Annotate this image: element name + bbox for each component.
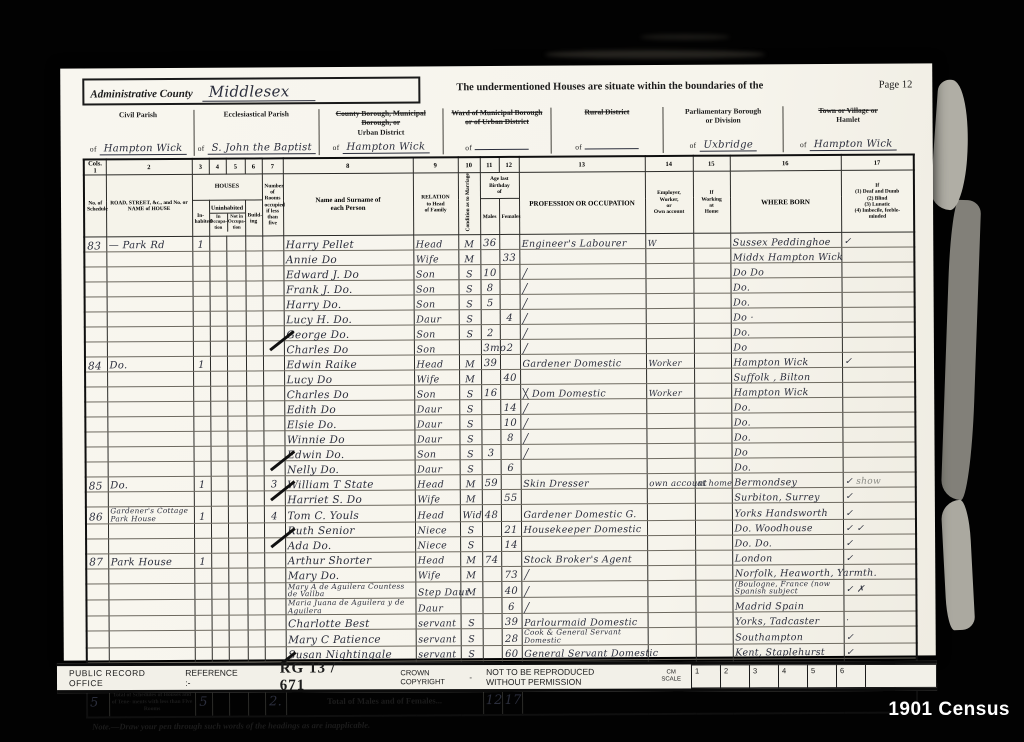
cell-working-at-home — [694, 323, 731, 338]
cell-employer — [647, 489, 695, 504]
district-label-part: Hamlet — [836, 115, 860, 124]
cell-infirmity — [841, 247, 914, 262]
district-label-part: Ecclesiastical Parish — [224, 109, 289, 118]
cell-condition: M — [460, 475, 482, 490]
cell-employer — [646, 369, 694, 384]
col-header-uninhabited: Uninhabited In Occupa-tion Not in Occupa… — [209, 200, 245, 236]
district-value-text: S. John the Baptist — [208, 142, 316, 155]
cell-employer: Worker — [646, 354, 694, 369]
cell-infirmity: ✓ — [843, 502, 916, 519]
cell-where-born: Hampton Wick — [731, 383, 842, 399]
cell-occupation: ╱ — [519, 279, 645, 295]
cell-road-name — [107, 312, 193, 328]
col-header-infirmity: If (1) Deaf and Dumb (2) Blind (3) Lunat… — [841, 170, 914, 233]
cell-infirmity: ✓ — [842, 352, 915, 367]
cm-scale-mark: 4 — [778, 664, 807, 688]
cell-inhabited — [193, 327, 210, 342]
col-header-schedule: No. of Schedule — [84, 175, 106, 238]
cell-rooms — [263, 416, 284, 431]
cell-working-at-home — [694, 368, 731, 383]
cell-schedule-no: 85 — [86, 477, 108, 492]
cell-age-male — [483, 645, 502, 660]
cell-road-name: Do. — [107, 357, 193, 373]
cell-person-name: Ada Do. — [285, 537, 415, 553]
cell-person-name: William T State — [285, 475, 415, 491]
cell-age-male — [482, 581, 501, 597]
column-number: 14 — [645, 156, 693, 172]
cell-condition: S — [459, 310, 481, 325]
cell-age-male — [481, 430, 500, 445]
col-header-females: Females — [499, 199, 519, 235]
district-value-text — [475, 149, 529, 150]
cell-occupation: ╱ — [521, 444, 647, 460]
cell-building — [247, 476, 264, 491]
cell-employer — [646, 339, 694, 354]
cell-schedule-no: 83 — [84, 237, 106, 252]
cell-age-male: 36 — [480, 235, 499, 250]
cell-rooms — [263, 386, 284, 401]
cell-occupation: ╱ — [520, 339, 646, 355]
cell-age-male — [481, 370, 500, 385]
column-number: 10 — [458, 157, 480, 173]
cm-scale-label: CM SCALE — [661, 670, 681, 683]
cell-building — [246, 341, 263, 356]
district-label-part: Ward of Municipal Borough — [451, 108, 542, 118]
cell-schedule-no — [85, 432, 107, 447]
cell-infirmity — [842, 367, 915, 382]
col-header-in-occupation: In Occupa-tion — [210, 214, 228, 232]
district-label: County Borough, MunicipalBorough, orUrba… — [322, 108, 440, 137]
cell-where-born: Kent, Staplehurst — [733, 643, 844, 659]
cell-building — [246, 371, 263, 386]
cell-schedule-no — [86, 492, 108, 507]
cell-inhabited — [195, 616, 212, 631]
cm-scale-mark: 5 — [807, 664, 836, 688]
cell-rooms — [263, 296, 284, 311]
cell-occupation: ╱ — [521, 597, 647, 614]
district-headers: Civil ParishofHampton WickEcclesiastical… — [82, 105, 912, 156]
cell-uninhabited-occ — [210, 357, 227, 372]
cell-working-at-home — [694, 293, 731, 308]
cell-uninhabited-occ — [211, 477, 228, 492]
cell-employer — [645, 264, 693, 279]
cell-where-born: Yorks Handsworth — [732, 503, 843, 520]
cell-uninhabited-notocc — [227, 281, 246, 296]
cell-road-name — [108, 523, 194, 539]
cell-inhabited — [193, 402, 210, 417]
column-number: 5 — [226, 159, 245, 175]
pencil-note: show — [853, 477, 881, 487]
cell-age-female: 55 — [501, 490, 521, 505]
cell-uninhabited-notocc — [228, 583, 247, 599]
cell-person-name: Nelly Do. — [285, 460, 415, 476]
cell-working-at-home — [695, 488, 732, 503]
cell-where-born: Do — [731, 338, 842, 354]
cell-building — [247, 491, 264, 506]
cell-uninhabited-notocc — [228, 523, 247, 538]
scan-smudge — [545, 50, 765, 59]
cell-age-female: 2 — [500, 340, 520, 355]
cell-inhabited: 1 — [194, 507, 211, 523]
cell-inhabited — [193, 342, 210, 357]
cell-infirmity: ✓ — [843, 534, 916, 549]
cell-occupation — [521, 489, 647, 505]
cm-scale-mark: 3 — [749, 664, 778, 688]
cell-condition: M — [460, 581, 482, 597]
cell-schedule-no — [85, 342, 107, 357]
cell-building — [248, 647, 265, 662]
cell-age-female: 6 — [501, 460, 521, 475]
cell-employer — [647, 565, 695, 580]
column-number: Cols. 1 — [84, 159, 106, 175]
cell-age-female — [499, 235, 519, 250]
cell-person-name: Mary C Patience — [286, 629, 416, 646]
cell-age-female: 39 — [502, 614, 522, 629]
district-value: ofHampton Wick — [322, 141, 440, 155]
cell-uninhabited-notocc — [227, 341, 246, 356]
cell-inhabited — [194, 523, 211, 538]
cell-condition: S — [461, 629, 483, 645]
col-header-road: ROAD, STREET, &c., and No. or NAME of HO… — [106, 174, 192, 237]
cell-building — [247, 599, 264, 615]
cell-occupation — [521, 459, 647, 475]
cell-occupation: Cook & General Servant Domestic — [522, 628, 648, 645]
cell-uninhabited-notocc — [227, 401, 246, 416]
reference-value: RG 13 / 671 — [280, 660, 343, 694]
cell-schedule-no: 84 — [85, 357, 107, 372]
cell-inhabited — [195, 631, 212, 647]
cell-age-male: 3mo — [481, 340, 500, 355]
cell-schedule-no — [86, 462, 108, 477]
cell-inhabited — [195, 647, 212, 662]
cell-infirmity: ✓ — [844, 626, 917, 643]
cell-infirmity: ✓ ✓ — [843, 519, 916, 534]
cell-rooms — [263, 371, 284, 386]
cell-person-name: George Do. — [284, 325, 414, 341]
form-note: Note.—Draw your pen through such words o… — [92, 716, 916, 731]
cell-schedule-no — [84, 267, 106, 282]
cell-occupation: ╱ — [521, 565, 647, 581]
cell-employer — [648, 628, 696, 645]
cell-age-female — [501, 445, 521, 460]
cell-relation: Step Daur — [415, 581, 460, 598]
col-header-not-in-occupation: Not in Occupa-tion — [228, 214, 245, 232]
column-number: 8 — [283, 158, 413, 174]
cell-age-male — [483, 629, 502, 645]
cell-schedule-no — [84, 252, 106, 267]
census-sheet: Administrative County Middlesex The unde… — [60, 63, 936, 660]
cell-working-at-home — [694, 398, 731, 413]
cell-uninhabited-occ — [210, 312, 227, 327]
cell-where-born: London — [732, 549, 843, 565]
cell-age-female: 14 — [501, 536, 521, 551]
cell-infirmity — [843, 595, 916, 612]
cell-working-at-home — [695, 520, 732, 535]
cell-building — [246, 296, 263, 311]
district-value-text: Hampton Wick — [342, 141, 429, 154]
cell-uninhabited-notocc — [227, 431, 246, 446]
cell-age-female — [500, 325, 520, 340]
cell-building — [246, 311, 263, 326]
cell-relation: Son — [413, 265, 458, 280]
cell-working-at-home — [694, 338, 731, 353]
cell-relation: Head — [415, 475, 460, 490]
cell-where-born: Do — [732, 443, 843, 459]
cell-employer — [647, 444, 695, 459]
cell-inhabited — [194, 447, 211, 462]
cell-person-name: Mary Do. — [285, 567, 415, 583]
cell-uninhabited-occ — [211, 507, 228, 523]
cell-age-male: 48 — [482, 505, 501, 521]
cell-schedule-no — [85, 417, 107, 432]
district-value: ofUxbridge — [667, 139, 780, 153]
cell-age-male — [482, 521, 501, 536]
cell-occupation: Parlourmaid Domestic — [522, 613, 648, 629]
cell-age-male: 74 — [482, 551, 501, 566]
cell-inhabited — [194, 538, 211, 553]
cell-schedule-no — [87, 631, 109, 647]
cell-uninhabited-notocc — [227, 311, 246, 326]
cell-uninhabited-notocc — [227, 371, 246, 386]
cell-person-name: Tom C. Youls — [285, 505, 415, 522]
cell-working-at-home — [695, 535, 732, 550]
cell-working-at-home — [694, 428, 731, 443]
cell-working-at-home — [696, 612, 733, 627]
cell-rooms — [262, 251, 283, 266]
cell-infirmity — [842, 412, 915, 427]
cell-employer — [646, 294, 694, 309]
column-number: 2 — [106, 159, 192, 175]
cell-age-male: 8 — [480, 280, 499, 295]
cell-infirmity: ✓ show — [843, 472, 916, 487]
cell-condition: S — [459, 295, 481, 310]
district-label-part: Town or Village or — [818, 106, 877, 115]
cell-uninhabited-occ — [210, 282, 227, 297]
sheet-header: Administrative County Middlesex The unde… — [82, 73, 912, 108]
cell-occupation: ╱ — [520, 429, 646, 445]
cell-person-name: Lucy H. Do. — [284, 310, 414, 326]
paper-tear — [941, 200, 981, 501]
cell-age-male: 39 — [481, 355, 500, 370]
cell-relation: Daur — [415, 598, 460, 615]
cell-infirmity — [842, 322, 915, 337]
cell-uninhabited-occ — [211, 538, 228, 553]
cell-person-name: Frank J. Do. — [284, 280, 414, 296]
cell-relation: Wife — [414, 370, 459, 385]
cell-person-name: Lucy Do — [284, 370, 414, 386]
cell-building — [247, 568, 264, 583]
cell-uninhabited-notocc — [227, 386, 246, 401]
cell-schedule-no — [85, 372, 107, 387]
cell-age-female: 33 — [499, 250, 519, 265]
cell-condition: S — [459, 430, 481, 445]
cell-inhabited — [193, 282, 210, 297]
cell-uninhabited-occ — [210, 402, 227, 417]
cell-working-at-home — [696, 644, 733, 659]
cell-person-name: Charlotte Best — [286, 614, 416, 630]
page-number: Page 12 — [879, 79, 913, 90]
cell-rooms — [264, 553, 285, 568]
cell-condition: M — [460, 551, 482, 566]
col-header-born: WHERE BORN — [730, 170, 841, 233]
district-value-text: Hampton Wick — [810, 139, 897, 152]
cell-infirmity — [841, 277, 914, 292]
cell-working-at-home — [693, 248, 730, 263]
cell-person-name: Mary A de Aguilera Countess de Vallba — [285, 582, 415, 599]
cell-where-born: Norfolk, Heaworth, Yarmth. — [732, 564, 843, 580]
column-number: 4 — [209, 159, 226, 175]
cell-where-born: Do. — [731, 413, 842, 429]
undermentioned-text: The undermentioned Houses are situate wi… — [456, 80, 763, 93]
district-header: Civil ParishofHampton Wick — [82, 110, 194, 157]
cell-uninhabited-notocc — [228, 446, 247, 461]
cell-age-female: 73 — [501, 566, 521, 581]
district-of: of — [800, 140, 807, 149]
cell-age-male — [480, 250, 499, 265]
cell-schedule-no — [85, 282, 107, 297]
cell-relation: Son — [414, 340, 459, 355]
district-value-text: Uxbridge — [699, 139, 757, 151]
cell-condition: S — [460, 521, 482, 536]
reproduction-notice: NOT TO BE REPRODUCED WITHOUT PERMISSION — [486, 667, 635, 687]
cell-schedule-no: 86 — [86, 507, 108, 523]
cell-person-name: Elsie Do. — [284, 415, 414, 431]
cell-condition: S — [459, 385, 481, 400]
cell-condition: Wid — [460, 505, 482, 521]
cell-relation: Daur — [414, 415, 459, 430]
district-value: of — [555, 141, 660, 154]
cell-inhabited — [194, 599, 211, 615]
cell-uninhabited-notocc — [227, 416, 246, 431]
cell-employer — [647, 535, 695, 550]
cell-condition: M — [459, 370, 481, 385]
cell-road-name — [107, 282, 193, 298]
cell-road-name — [108, 447, 194, 463]
cell-age-female: 4 — [500, 310, 520, 325]
cell-relation: Wife — [415, 490, 460, 505]
cell-road-name: Gardener's Cottage Park House — [108, 507, 194, 524]
cell-road-name — [107, 342, 193, 358]
column-number: 15 — [693, 156, 730, 172]
cell-uninhabited-notocc — [228, 506, 247, 522]
cell-condition: M — [458, 235, 480, 250]
cell-relation: Head — [414, 355, 459, 370]
cell-inhabited — [194, 492, 211, 507]
census-table: Cols. 1234567891011121314151617 No. of S… — [83, 153, 918, 718]
cell-employer — [646, 429, 694, 444]
district-value: ofS. John the Baptist — [198, 142, 316, 156]
cell-relation: Son — [414, 325, 459, 340]
cell-person-name: Edwin Raike — [284, 355, 414, 371]
cell-condition: S — [460, 536, 482, 551]
district-label-part: or Division — [706, 116, 741, 125]
cell-person-name: Edith Do — [284, 400, 414, 416]
cell-building — [247, 523, 264, 538]
cell-schedule-no — [85, 327, 107, 342]
cell-uninhabited-occ — [211, 599, 228, 615]
cell-uninhabited-occ — [210, 342, 227, 357]
cell-occupation: ╱ — [519, 264, 645, 280]
cell-uninhabited-notocc — [228, 568, 247, 583]
cell-relation: Daur — [415, 460, 460, 475]
cell-inhabited — [192, 267, 209, 282]
district-of: of — [90, 144, 97, 153]
district-label-part: Parliamentary Borough — [685, 106, 761, 115]
district-label: Town or Village orHamlet — [787, 105, 910, 124]
cell-relation: Son — [414, 280, 459, 295]
cell-condition: M — [460, 490, 482, 505]
cell-uninhabited-occ — [211, 492, 228, 507]
cell-employer: own account — [647, 474, 695, 489]
district-label-part: County Borough, Municipal — [336, 108, 426, 118]
cell-where-born: Madrid Spain — [732, 595, 843, 612]
cell-age-male — [482, 566, 501, 581]
district-label: Parliamentary Boroughor Division — [666, 106, 779, 125]
paper-tear — [941, 499, 976, 630]
column-number: 7 — [262, 158, 283, 174]
cell-schedule-no — [87, 616, 109, 631]
cell-condition — [460, 598, 482, 614]
cell-building — [246, 431, 263, 446]
cell-relation: servant — [416, 645, 461, 660]
cell-working-at-home — [694, 353, 731, 368]
cell-rooms — [263, 401, 284, 416]
cell-relation: Wife — [415, 566, 460, 581]
cell-building — [245, 266, 262, 281]
cell-employer — [647, 459, 695, 474]
district-of: of — [198, 144, 205, 153]
cell-where-born: Sussex Peddinghoe — [730, 233, 841, 249]
cell-road-name — [106, 267, 192, 283]
cell-where-born: Southampton — [733, 627, 844, 644]
cell-occupation: ╱ — [520, 324, 646, 340]
cell-uninhabited-notocc — [229, 615, 248, 630]
cell-building — [247, 538, 264, 553]
scan-smudge — [640, 34, 730, 40]
district-value-text: Hampton Wick — [100, 143, 187, 156]
separator-dash: - — [469, 673, 472, 682]
cell-inhabited — [194, 568, 211, 583]
cell-person-name: Charles Do — [284, 340, 414, 356]
cell-uninhabited-notocc — [228, 538, 247, 553]
district-value-text — [585, 148, 639, 149]
cell-building — [247, 506, 264, 522]
cell-relation: Head — [413, 235, 458, 250]
cell-uninhabited-notocc — [228, 491, 247, 506]
cell-infirmity — [843, 457, 916, 472]
cell-employer — [647, 520, 695, 535]
cell-condition: S — [460, 445, 482, 460]
cell-person-name: Charles Do — [284, 385, 414, 401]
cell-rooms — [263, 356, 284, 371]
cell-working-at-home — [694, 383, 731, 398]
cell-where-born: Do. — [731, 323, 842, 339]
cell-uninhabited-notocc — [228, 553, 247, 568]
administrative-county-box: Administrative County Middlesex — [82, 76, 420, 105]
cell-road-name — [109, 647, 195, 663]
cell-age-male: 16 — [481, 385, 500, 400]
district-label: Civil Parish — [85, 110, 190, 120]
cell-uninhabited-occ — [212, 630, 229, 646]
district-value: ofHampton Wick — [86, 143, 191, 157]
column-number: 16 — [730, 155, 841, 171]
district-header: Parliamentary Boroughor DivisionofUxbrid… — [663, 106, 784, 153]
cell-person-name: Edward J. Do — [283, 265, 413, 281]
cell-inhabited — [192, 252, 209, 267]
cell-building — [246, 281, 263, 296]
cell-age-female — [500, 355, 520, 370]
cell-road-name: Park House — [108, 553, 194, 569]
